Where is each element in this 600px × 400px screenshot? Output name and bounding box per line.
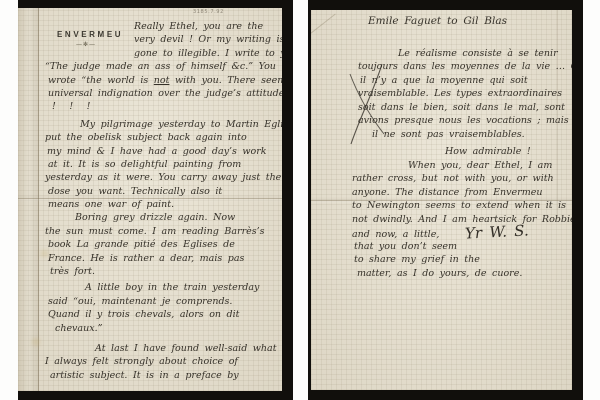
handwritten-line: and now, a little,Yr W. S. — [351, 226, 571, 240]
handwritten-line: Really Ethel, you are the — [42, 20, 280, 33]
handwritten-line: soit dans le bien, soit dans le mal, son… — [351, 101, 571, 115]
handwritten-line: means one war of paint. — [42, 198, 280, 211]
page-fold-edge — [18, 8, 39, 391]
handwritten-line: chevaux.” — [42, 322, 280, 335]
handwritten-line: my mind & I have had a good day’s work — [42, 145, 280, 158]
closing-phrase: and now, a little, — [352, 229, 439, 240]
handwritten-line: I always felt strongly about choice of — [42, 355, 280, 368]
signature: Yr W. S. — [465, 224, 529, 241]
handwritten-line: A little boy in the train yesterday — [42, 281, 280, 294]
handwritten-line: toujours dans les moyennes de la vie … C… — [351, 60, 571, 74]
handwritten-line: anyone. The distance from Envermeu — [351, 186, 571, 200]
letter-page-left: 3185.7.92 ENVERMEU —✻— Really Ethel, you… — [18, 8, 282, 391]
handwritten-line: at it. It is so delightful painting from — [42, 158, 280, 171]
handwritten-line: book La grande pitié des Eglises de — [42, 238, 280, 251]
corner-crease — [311, 14, 336, 36]
handwritten-line: Quand il y trois chevals, alors on dit — [42, 308, 280, 321]
handwritten-line: not dwindly. And I am heartsick for Robb… — [351, 213, 571, 227]
handwritten-line: rather cross, but not with you, or with — [351, 172, 571, 186]
handwritten-line: that you don’t seem — [351, 240, 571, 254]
handwritten-line: il n’y a que la moyenne qui soit — [351, 74, 571, 88]
handwritten-line: universal indignation over the judge’s a… — [42, 87, 280, 100]
handwritten-line: matter, as I do yours, de cuore. — [351, 267, 571, 281]
handwritten-line: ! ! ! — [42, 100, 280, 113]
handwritten-line: the sun must come. I am reading Barrès’s — [42, 225, 280, 238]
quote-source-heading: Emile Faguet to Gil Blas — [351, 15, 571, 29]
left-page-text: Really Ethel, you are the very devil ! O… — [42, 20, 280, 382]
handwritten-line: avions presque nous les vocations ; mais — [351, 114, 571, 128]
handwritten-line: At last I have found well-said what — [42, 342, 280, 355]
handwritten-line: dose you want. Technically also it — [42, 185, 280, 198]
line-fragment: with you. There seems to be — [169, 75, 282, 86]
handwritten-line: My pilgrimage yesterday to Martin Eglise — [42, 118, 280, 131]
handwritten-line: to share my grief in the — [351, 253, 571, 267]
manuscript-letter-scan: 3185.7.92 ENVERMEU —✻— Really Ethel, you… — [0, 0, 600, 400]
handwritten-line: When you, dear Ethel, I am — [351, 159, 571, 173]
handwritten-line: très fort. — [42, 265, 280, 278]
handwritten-line: put the obelisk subject back again into — [42, 131, 280, 144]
handwritten-line: artistic subject. It is in a preface by — [42, 369, 280, 382]
paper-stain — [32, 338, 40, 346]
handwritten-line: wrote “the world is not with you. There … — [42, 74, 280, 87]
handwritten-line: gone to illegible. I write to you — [42, 47, 280, 60]
handwritten-line: “The judge made an ass of himself &c.” Y… — [42, 60, 280, 73]
handwritten-line: very devil ! Or my writing is — [42, 33, 280, 46]
handwritten-line: to Newington seems to extend when it is — [351, 199, 571, 213]
left-photo-mat: 3185.7.92 ENVERMEU —✻— Really Ethel, you… — [18, 0, 293, 400]
pencil-archive-number: 3185.7.92 — [193, 9, 224, 15]
right-page-text: Emile Faguet to Gil Blas Le réalisme con… — [351, 15, 571, 280]
handwritten-line: vraisemblable. Les types extraordinaires — [351, 87, 571, 101]
line-fragment: wrote “the world is — [48, 75, 154, 86]
handwritten-line: How admirable ! — [351, 145, 571, 159]
handwritten-line: France. He is rather a dear, mais pas — [42, 252, 280, 265]
handwritten-line: Boring grey drizzle again. Now — [42, 211, 280, 224]
handwritten-line: Le réalisme consiste à se tenir — [351, 47, 571, 61]
right-photo-mat: Emile Faguet to Gil Blas Le réalisme con… — [308, 0, 583, 400]
handwritten-line: said “oui, maintenant je comprends. — [42, 295, 280, 308]
handwritten-line: yesterday as it were. You carry away jus… — [42, 171, 280, 184]
underlined-word: not — [154, 75, 170, 86]
letter-page-right: Emile Faguet to Gil Blas Le réalisme con… — [311, 10, 572, 390]
handwritten-line: il ne sont pas vraisemblables. — [351, 128, 571, 142]
